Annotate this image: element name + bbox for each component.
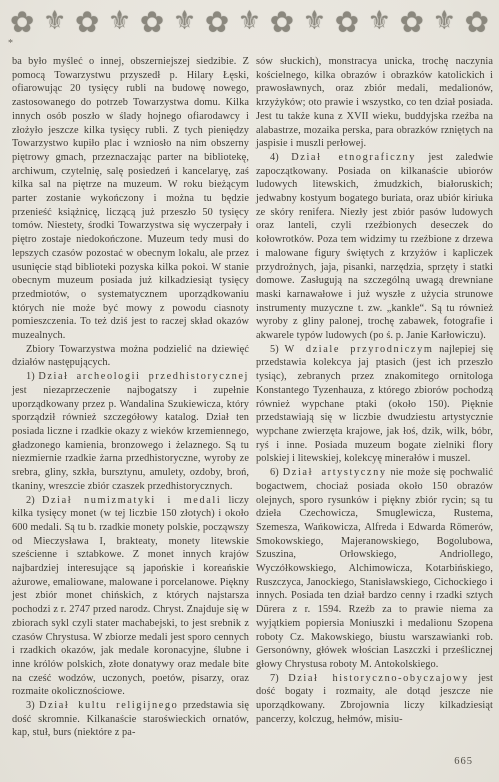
section-heading-text: Dział historyczno-obyczajowy [288,673,469,684]
body-text: 2) [26,495,42,506]
tulip-icon: ⚜ [303,8,326,36]
rosette-icon: ✿ [10,8,34,37]
body-text: jest zaledwie zapoczątkowany. Posiada on… [256,152,493,341]
body-text: 1) [26,371,38,382]
section-heading-text: W dziale przyrodniczym [285,344,434,355]
section-heading-text: Dział numizmatyki i medali [42,495,221,506]
body-text: liczy kilka tysięcy monet (w tej liczbie… [12,495,249,698]
paragraph: 6) Dział artystyczny nie może się pochwa… [256,466,493,672]
paragraph: sów słuckich), monstracya unicka, trochę… [256,55,493,151]
body-text: najlepiej się przedstawia kolekcya jaj p… [256,344,493,465]
rosette-icon: ✿ [335,8,359,37]
body-text: 5) [270,344,285,355]
rosette-icon: ✿ [465,8,489,37]
paragraph: Zbiory Towarzystwa można podzielić na dz… [12,343,249,370]
tulip-icon: ⚜ [173,8,196,36]
margin-asterisk-mark: * [8,38,13,49]
section-heading-text: Dział archeologii przedhistorycznej [38,371,249,382]
section-heading-text: Dział etnograficzny [291,152,416,163]
rosette-icon: ✿ [75,8,99,37]
body-text: 4) [270,152,291,163]
rosette-icon: ✿ [205,8,229,37]
page-number: 665 [454,756,473,767]
text-column-left: ba było myśleć o innej, obszerniejszej s… [12,55,249,740]
ornamental-header-border: ✿⚜✿⚜✿⚜✿⚜✿⚜✿⚜✿⚜✿ [10,2,489,42]
tulip-icon: ⚜ [238,8,261,36]
paragraph: 7) Dział historyczno-obyczajowy jest doś… [256,672,493,727]
body-text: 6) [270,467,283,478]
paragraph: 4) Dział etnograficzny jest zaledwie zap… [256,151,493,343]
body-text: Zbiory Towarzystwa można podzielić na dz… [12,344,249,369]
rosette-icon: ✿ [270,8,294,37]
rosette-icon: ✿ [140,8,164,37]
tulip-icon: ⚜ [43,8,66,36]
body-text: jest niezaprzeczenie najbogatszy i zupeł… [12,385,249,492]
tulip-icon: ⚜ [433,8,456,36]
paragraph: 5) W dziale przyrodniczym najlepiej się … [256,343,493,466]
tulip-icon: ⚜ [368,8,391,36]
text-column-right: sów słuckich), monstracya unicka, trochę… [256,55,493,726]
body-text: ba było myśleć o innej, obszerniejszej s… [12,56,249,341]
rosette-icon: ✿ [400,8,424,37]
paragraph: 1) Dział archeologii przedhistorycznej j… [12,370,249,493]
section-heading-text: Dział artystyczny [283,467,387,478]
body-text: nie może się pochwalić bogactwem, chocia… [256,467,493,670]
section-heading-text: Dział kultu religijnego [39,700,178,711]
paragraph: 3) Dział kultu religijnego przedstawia s… [12,699,249,740]
body-text: sów słuckich), monstracya unicka, trochę… [256,56,493,149]
tulip-icon: ⚜ [108,8,131,36]
body-text: 3) [26,700,39,711]
paragraph: 2) Dział numizmatyki i medali liczy kilk… [12,494,249,700]
paragraph: ba było myśleć o innej, obszerniejszej s… [12,55,249,343]
body-text: 7) [270,673,288,684]
scanned-book-page: ✿⚜✿⚜✿⚜✿⚜✿⚜✿⚜✿⚜✿ * ba było myśleć o innej… [0,0,499,782]
